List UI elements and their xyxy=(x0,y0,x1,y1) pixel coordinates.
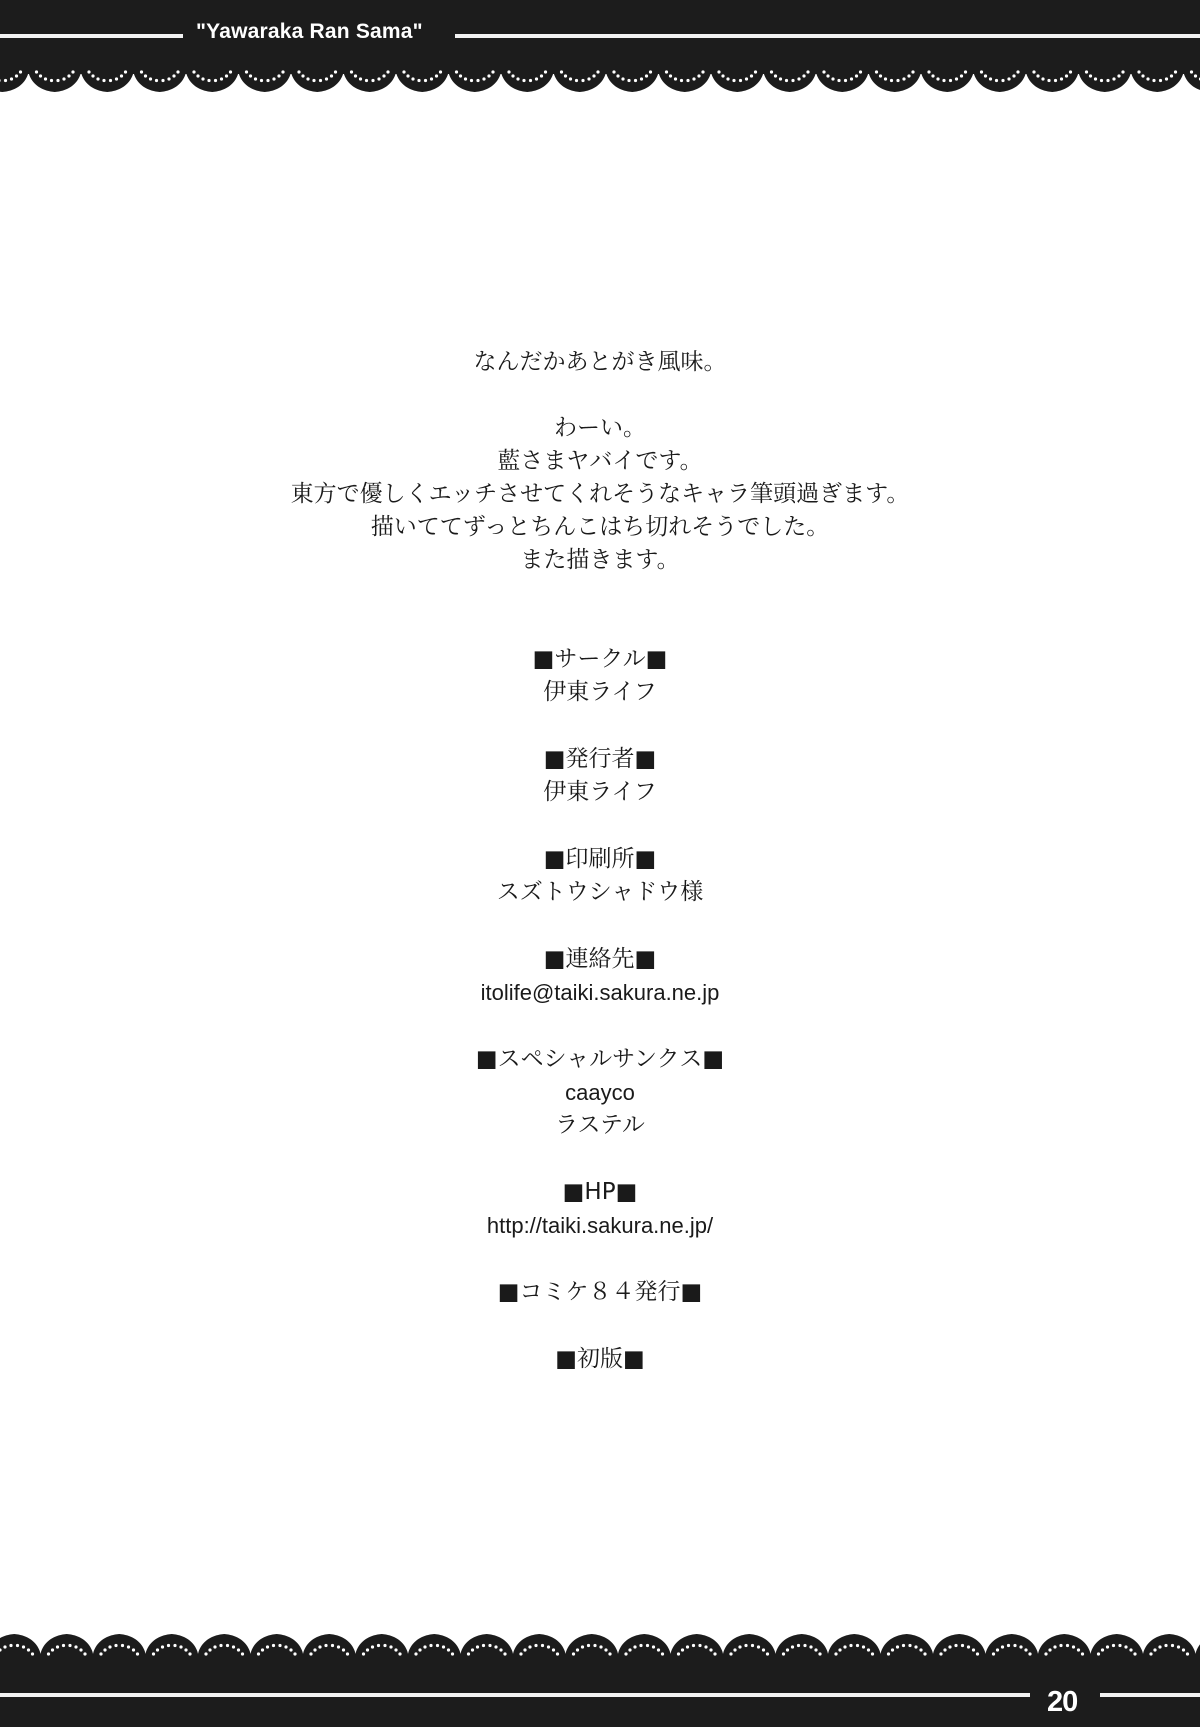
spacer xyxy=(0,709,1200,743)
footer-band xyxy=(0,1656,1200,1727)
spacer xyxy=(0,1009,1200,1043)
colophon-heading-homepage: ■HP■ xyxy=(0,1176,1200,1209)
colophon-heading-edition: ■初版■ xyxy=(0,1343,1200,1376)
header-rule-left xyxy=(0,34,183,38)
spacer xyxy=(0,1142,1200,1176)
header-rule-right xyxy=(455,34,1200,38)
running-title: "Yawaraka Ran Sama" xyxy=(196,20,423,44)
spacer xyxy=(0,809,1200,843)
footer-rule-left xyxy=(0,1693,1030,1697)
afterword-line: なんだかあとがき風味。 xyxy=(0,346,1200,379)
footer-rule-right xyxy=(1100,1693,1200,1697)
colophon-heading-printer: ■印刷所■ xyxy=(0,843,1200,876)
spacer xyxy=(0,1309,1200,1343)
spacer xyxy=(0,1242,1200,1276)
colophon-heading-contact: ■連絡先■ xyxy=(0,943,1200,976)
afterword-line: 描いててずっとちんこはち切れそうでした。 xyxy=(0,511,1200,544)
printer-name: スズトウシャドウ様 xyxy=(0,876,1200,909)
colophon-heading-circle: ■サークル■ xyxy=(0,643,1200,676)
publisher-name: 伊東ライフ xyxy=(0,776,1200,809)
colophon-heading-special-thanks: ■スペシャルサンクス■ xyxy=(0,1043,1200,1076)
thanks-name: ラステル xyxy=(0,1109,1200,1142)
thanks-name: caayco xyxy=(0,1076,1200,1109)
afterword-line: 藍さまヤバイです。 xyxy=(0,445,1200,478)
homepage-url[interactable]: http://taiki.sakura.ne.jp/ xyxy=(0,1209,1200,1242)
afterword-line: 東方で優しくエッチさせてくれそうなキャラ筆頭過ぎます。 xyxy=(0,478,1200,511)
page-number: 20 xyxy=(1047,1686,1077,1719)
spacer xyxy=(0,379,1200,412)
afterword-line: また描きます。 xyxy=(0,544,1200,577)
lace-scallop-border-top xyxy=(0,68,1200,94)
spacer xyxy=(0,577,1200,643)
afterword-line: わーい。 xyxy=(0,412,1200,445)
colophon-heading-event: ■コミケ８４発行■ xyxy=(0,1276,1200,1309)
colophon-heading-publisher: ■発行者■ xyxy=(0,743,1200,776)
afterword: なんだかあとがき風味。 わーい。 藍さまヤバイです。 東方で優しくエッチさせてく… xyxy=(0,346,1200,577)
circle-name: 伊東ライフ xyxy=(0,676,1200,709)
spacer xyxy=(0,909,1200,943)
contact-email[interactable]: itolife@taiki.sakura.ne.jp xyxy=(0,976,1200,1009)
colophon: ■サークル■ 伊東ライフ ■発行者■ 伊東ライフ ■印刷所■ スズトウシャドウ様… xyxy=(0,643,1200,1376)
lace-scallop-border-bottom xyxy=(0,1632,1200,1658)
page-content: なんだかあとがき風味。 わーい。 藍さまヤバイです。 東方で優しくエッチさせてく… xyxy=(0,346,1200,1376)
